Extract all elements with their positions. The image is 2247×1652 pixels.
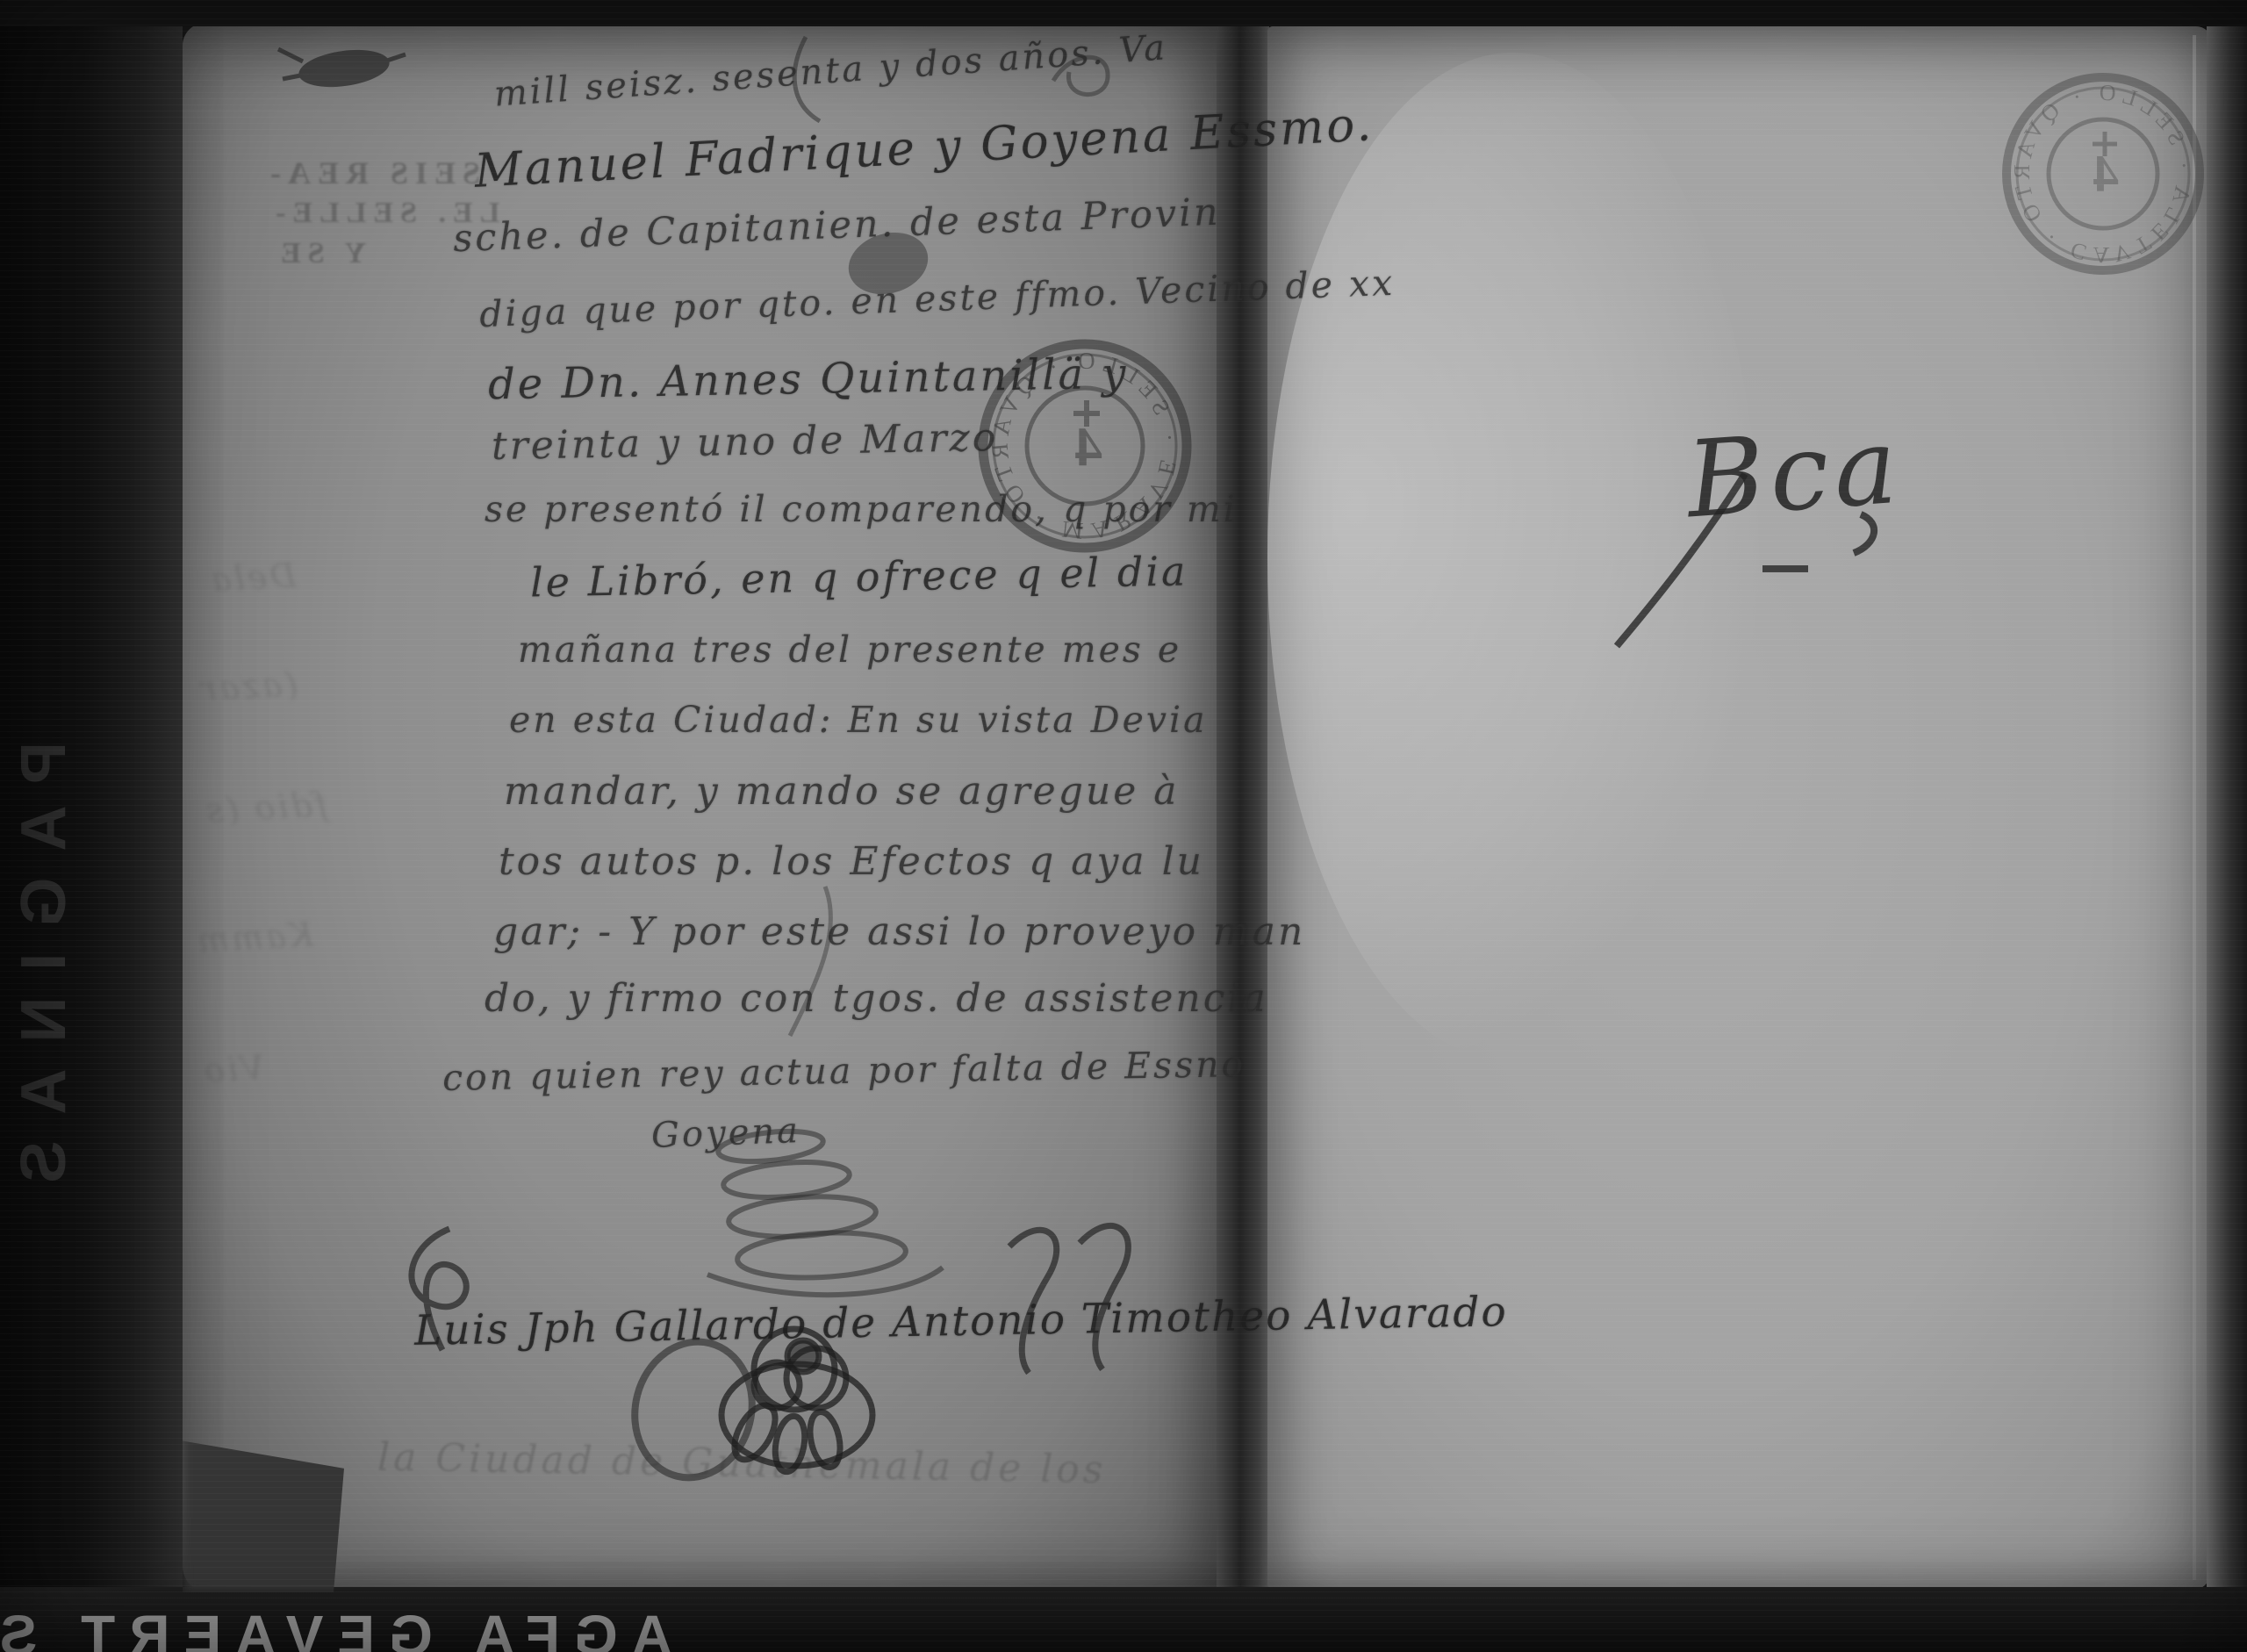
manuscript-line: en esta Ciudad: En su vista Devia: [509, 699, 1208, 741]
manuscript-line: se presentó il comparendo, q por mi: [485, 488, 1238, 530]
bleedthrough-line: LE. SELLE-: [269, 197, 499, 230]
top-film-edge: [0, 0, 2247, 26]
bleedthrough-line: Y SE: [274, 237, 366, 270]
film-bottom-edge-text: AGFA GEVAERT SAFETY A: [0, 1603, 672, 1652]
ghost-line: (azar: [197, 664, 298, 708]
ghost-line: Vio: [201, 1048, 265, 1090]
bca-annotation: Bca: [1683, 406, 1906, 542]
ghost-line: Kamm: [194, 915, 314, 959]
manuscript-line: tos autos p. los Efectos q aya lu: [499, 839, 1204, 884]
manuscript-line: treinta y uno de Marzo: [492, 415, 999, 469]
bleedthrough-line: SEIS REA-: [263, 154, 480, 191]
ghost-line: Dela: [208, 556, 298, 599]
manuscript-line: Goyena: [650, 1110, 800, 1156]
manuscript-line: mañana tres del presente mes e: [518, 628, 1181, 671]
film-left-edge-text: PAGINAS: [8, 742, 122, 1409]
ghost-line: fdio (s: [203, 785, 328, 830]
page-crease: [2193, 35, 2196, 1580]
manuscript-line: mandar, y mando se agregue à: [504, 769, 1179, 814]
right-film-edge: [2207, 0, 2247, 1652]
manuscript-line: do, y firmo con tgos. de assistencia: [485, 976, 1268, 1021]
manuscript-line: gar; - Y por este assi lo proveyo man: [493, 909, 1305, 954]
water-stain: [1267, 53, 1759, 1062]
manuscript-scan: mill seisz. sesenta y dos años. VaManuel…: [0, 0, 2247, 1652]
page-gutter: [1217, 0, 1269, 1652]
